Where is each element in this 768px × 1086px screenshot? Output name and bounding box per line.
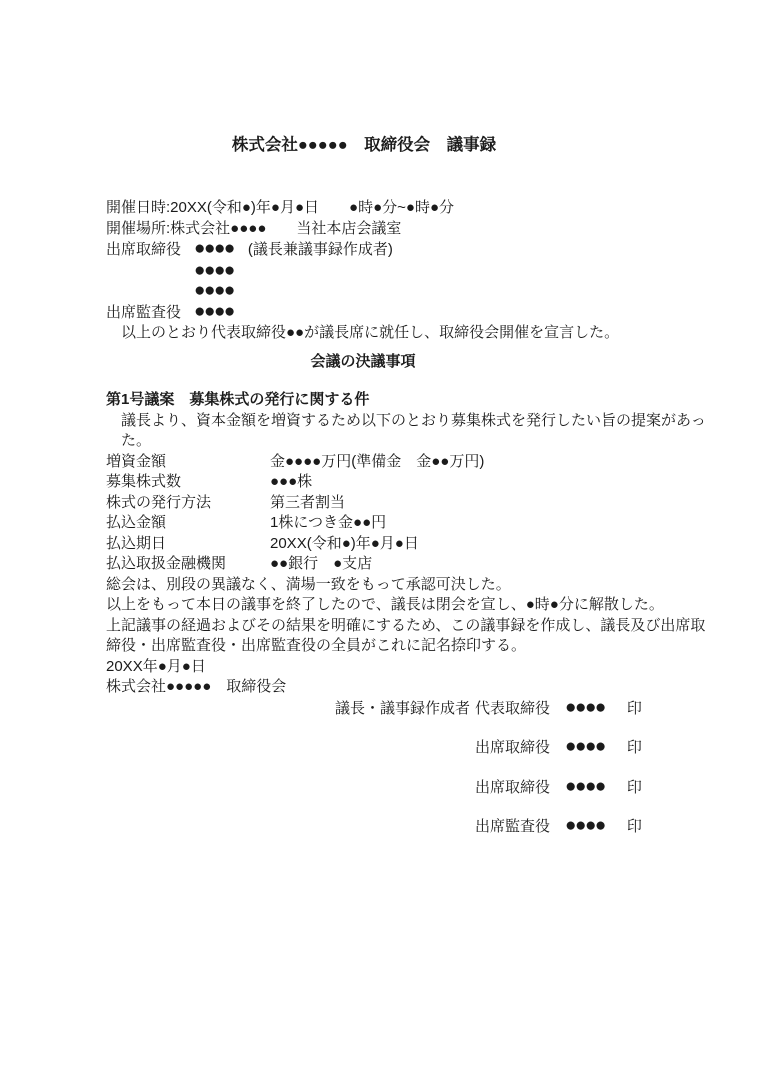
signature-block: 議長・議事録作成者代表取締役●●●●印 出席取締役●●●●印 出席取締役●●●●… [106, 698, 706, 838]
attendee-row: ●●●● [106, 261, 706, 282]
document-date: 20XX年●月●日 [106, 657, 706, 678]
signature-role: 出席取締役 [475, 738, 553, 759]
seal-mark: 印 [627, 699, 642, 720]
detail-value: 第三者割当 [270, 493, 706, 514]
detail-row: 払込取扱金融機関●●銀行 ●支店 [106, 554, 706, 575]
detail-label: 増資金額 [106, 452, 270, 473]
document-page: 株式会社●●●●● 取締役会 議事録 開催日時:20XX(令和●)年●月●日 ●… [0, 0, 768, 1086]
detail-label: 株式の発行方法 [106, 493, 270, 514]
detail-value: 金●●●●万円(準備金 金●●万円) [270, 452, 706, 473]
signature-name-placeholder: ●●●● [565, 737, 605, 758]
attendee-row: 出席取締役●●●●(議長兼議事録作成者) [106, 239, 706, 261]
detail-row: 増資金額金●●●●万円(準備金 金●●万円) [106, 452, 706, 473]
signature-role: 出席取締役 [475, 778, 553, 799]
signature-prefix: 議長・議事録作成者 [335, 699, 475, 720]
detail-row: 募集株式数●●●株 [106, 472, 706, 493]
signature-name-placeholder: ●●●● [565, 698, 605, 719]
document-title: 株式会社●●●●● 取締役会 議事録 [106, 134, 622, 156]
attendee-role: 出席監査役 [106, 303, 194, 324]
seal-mark: 印 [627, 778, 642, 799]
attendee-row: ●●●● [106, 281, 706, 302]
signature-role: 出席監査役 [475, 817, 553, 838]
signature-row: 出席監査役●●●●印 [106, 816, 706, 838]
attendee-row: 出席監査役●●●● [106, 302, 706, 324]
detail-value: 1株につき金●●円 [270, 513, 706, 534]
meeting-datetime-value: 20XX(令和●)年●月●日 ●時●分~●時●分 [170, 199, 454, 216]
signature-role: 代表取締役 [475, 699, 553, 720]
resolution-statement: 総会は、別段の異議なく、満場一致をもって承認可決した。 [106, 575, 706, 596]
seal-mark: 印 [627, 817, 642, 838]
detail-value: ●●●株 [270, 472, 706, 493]
closing-statement-1: 以上をもって本日の議事を終了したので、議長は閉会を宣し、●時●分に解散した。 [106, 595, 706, 616]
signature-name-placeholder: ●●●● [565, 777, 605, 798]
agenda-heading: 第1号議案募集株式の発行に関する件 [106, 390, 706, 411]
agenda-number: 第1号議案 [106, 391, 174, 408]
attendee-name-placeholder: ●●●● [194, 239, 234, 260]
meeting-datetime-label: 開催日時: [106, 199, 170, 216]
meeting-place-value: 株式会社●●●● 当社本店会議室 [170, 220, 401, 237]
meeting-place-label: 開催場所: [106, 220, 170, 237]
attendee-name-placeholder: ●●●● [194, 281, 234, 302]
opening-statement: 以上のとおり代表取締役●●が議長席に就任し、取締役会開催を宣言した。 [106, 323, 706, 344]
company-line: 株式会社●●●●● 取締役会 [106, 677, 706, 698]
meeting-place-line: 開催場所:株式会社●●●● 当社本店会議室 [106, 219, 706, 240]
signature-name-placeholder: ●●●● [565, 816, 605, 837]
agenda-title: 募集株式の発行に関する件 [189, 391, 369, 408]
attendee-name-placeholder: ●●●● [194, 261, 234, 282]
seal-mark: 印 [627, 738, 642, 759]
detail-label: 募集株式数 [106, 472, 270, 493]
detail-label: 払込取扱金融機関 [106, 554, 270, 575]
detail-row: 払込期日20XX(令和●)年●月●日 [106, 534, 706, 555]
section-heading: 会議の決議事項 [106, 352, 620, 373]
signature-row: 議長・議事録作成者代表取締役●●●●印 [106, 698, 706, 720]
detail-row: 払込金額1株につき金●●円 [106, 513, 706, 534]
attendee-note: (議長兼議事録作成者) [248, 240, 393, 261]
signature-row: 出席取締役●●●●印 [106, 777, 706, 799]
detail-value: ●●銀行 ●支店 [270, 554, 706, 575]
detail-row: 株式の発行方法第三者割当 [106, 493, 706, 514]
meeting-datetime-line: 開催日時:20XX(令和●)年●月●日 ●時●分~●時●分 [106, 198, 706, 219]
detail-label: 払込金額 [106, 513, 270, 534]
agenda-proposal: 議長より、資本金額を増資するため以下のとおり募集株式を発行したい旨の提案があった… [106, 411, 706, 452]
detail-value: 20XX(令和●)年●月●日 [270, 534, 706, 555]
detail-label: 払込期日 [106, 534, 270, 555]
signature-row: 出席取締役●●●●印 [106, 737, 706, 759]
attendee-name-placeholder: ●●●● [194, 302, 234, 323]
closing-statement-2: 上記議事の経過およびその結果を明確にするため、この議事録を作成し、議長及び出席取… [106, 616, 706, 657]
attendee-role: 出席取締役 [106, 240, 194, 261]
